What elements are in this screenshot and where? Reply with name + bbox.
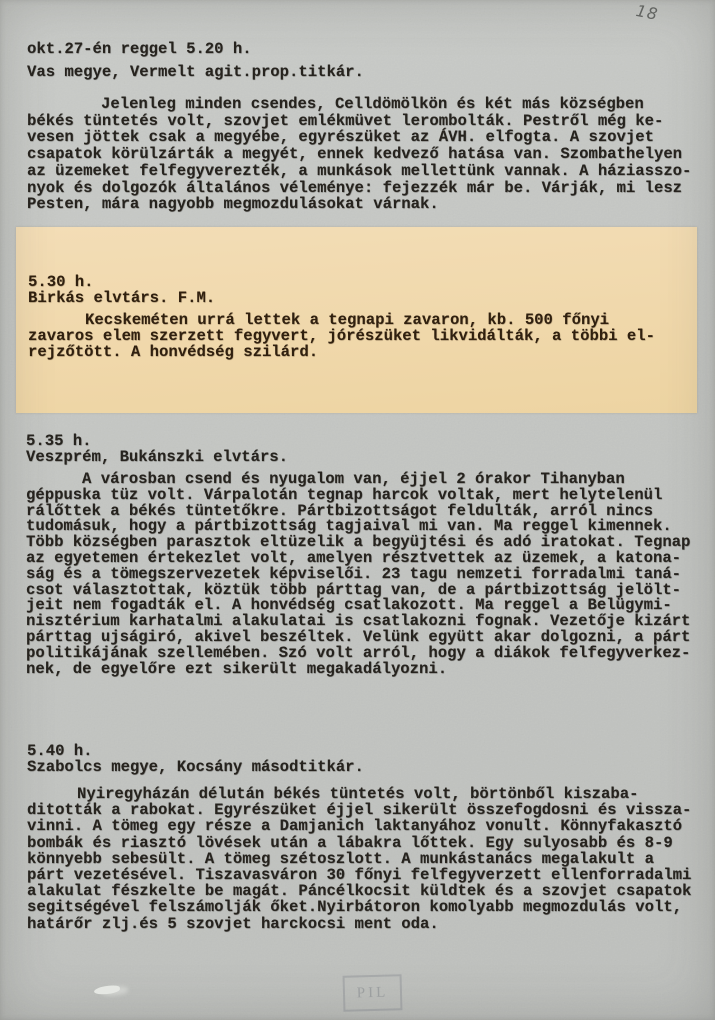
document-page: 18 okt.27-én reggel 5.20 h.Vas megye, Ve… — [0, 0, 715, 1020]
entry-paragraph-e3: A városban csend és nyugalom van, éjjel … — [26, 472, 690, 677]
entry-heading-e4: 5.40 h.Szabolcs megye, Kocsány másodtitk… — [27, 743, 364, 776]
heading-line: 5.30 h. — [28, 274, 215, 290]
paragraph-line: az üzemeket felfegyverezték, a munkások … — [27, 163, 691, 180]
paragraph-line: könnyebb sebesült. A tömeg szétoszlott. … — [27, 851, 691, 867]
paragraph-line: ditották a rabokat. Egyrészüket éjjel si… — [27, 802, 691, 818]
entry-heading-e2: 5.30 h.Birkás elvtárs. F.M. — [28, 274, 215, 307]
entry-paragraph-e1: Jelenleg minden csendes, Celldömölkön és… — [27, 96, 691, 213]
paragraph-line: bombák és riasztó lövések után a lábakra… — [27, 835, 691, 851]
entry-heading-e1: okt.27-én reggel 5.20 h.Vas megye, Verme… — [27, 38, 364, 83]
paragraph-line: nyok és dolgozók általános véleménye: fe… — [27, 180, 691, 197]
heading-line: Szabolcs megye, Kocsány másodtitkár. — [27, 759, 364, 775]
heading-line: Birkás elvtárs. F.M. — [28, 290, 215, 306]
paragraph-line: Kecskeméten urrá lettek a tegnapi zavaro… — [28, 312, 655, 328]
paragraph-line: határőr zlj.és 5 szovjet harckocsi ment … — [27, 916, 691, 932]
heading-line: Veszprém, Bukánszki elvtárs. — [26, 449, 288, 465]
handwritten-page-number: 18 — [634, 1, 660, 24]
entry-paragraph-e2: Kecskeméten urrá lettek a tegnapi zavaro… — [28, 312, 655, 361]
paragraph-line: alakulat fészkelte be magát. Páncélkocsi… — [27, 883, 691, 899]
entry-paragraph-e4: Nyiregyházán délután békés tüntetés volt… — [27, 786, 691, 932]
archive-stamp: PIL — [343, 974, 403, 1012]
heading-line: okt.27-én reggel 5.20 h. — [27, 38, 364, 61]
heading-line: 5.35 h. — [26, 433, 288, 449]
paragraph-line: csapatok körülzárták a megyét, ennek ked… — [27, 146, 691, 163]
paragraph-line: segitségével felszámolják őket.Nyirbátor… — [27, 899, 691, 915]
entry-heading-e3: 5.35 h.Veszprém, Bukánszki elvtárs. — [26, 433, 288, 466]
paragraph-line: Pesten, mára nagyobb megmozdulásokat vár… — [27, 196, 691, 213]
paragraph-line: vesen jöttek csak a megyébe, egyrészüket… — [27, 129, 691, 146]
paragraph-line: rejzőtött. A honvédség szilárd. — [28, 344, 655, 360]
paragraph-line: nek, de egyelőre ezt sikerült megakadály… — [26, 662, 690, 678]
paragraph-line: párt vezetésével. Tiszavasváron 30 főnyi… — [27, 867, 691, 883]
heading-line: 5.40 h. — [27, 743, 364, 759]
paragraph-line: Jelenleg minden csendes, Celldömölkön és… — [27, 96, 691, 113]
heading-line: Vas megye, Vermelt agit.prop.titkár. — [27, 61, 364, 84]
paragraph-line: vinni. A tömeg egy része a Damjanich lak… — [27, 818, 691, 834]
paragraph-line: békés tüntetés volt, szovjet emlékmüvet … — [27, 113, 691, 130]
paragraph-line: zavaros elem szerzett fegyvert, jórészük… — [28, 328, 655, 344]
paragraph-line: Nyiregyházán délután békés tüntetés volt… — [27, 786, 691, 802]
pencil-smudge — [94, 985, 121, 996]
